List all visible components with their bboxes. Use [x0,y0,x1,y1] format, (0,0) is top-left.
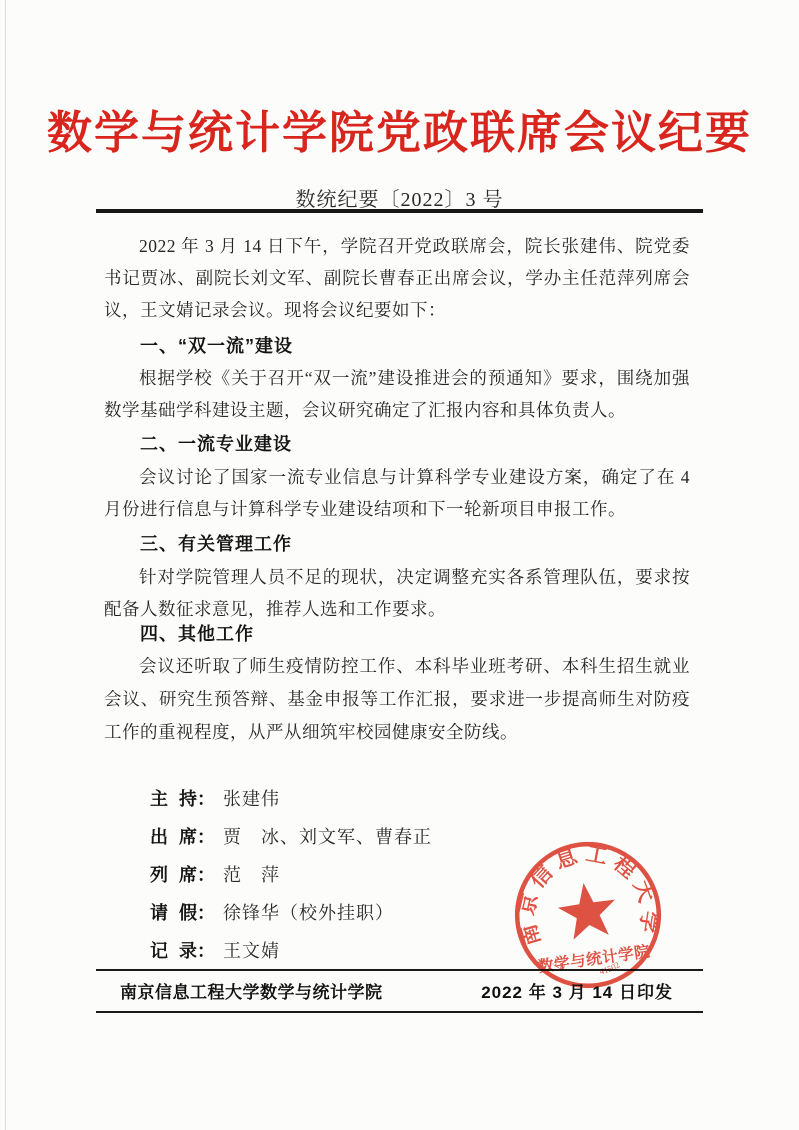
seal-star-icon [555,879,620,941]
attendance-item-recorder: 记 录：王文婧 [150,932,432,970]
section-paragraph-2: 会议讨论了国家一流专业信息与计算科学专业建设方案，确定了在 4 月份进行信息与计… [104,461,690,525]
header-rule [96,209,703,213]
section-heading-4: 四、其他工作 [104,620,726,646]
section-heading-2: 二、一流专业建设 [104,430,726,456]
attendance-item-observer: 列 席：范 萍 [150,856,432,894]
attendance-item-leave: 请 假：徐锋华（校外挂职） [150,894,432,932]
footer-bottom-rule [96,1011,703,1013]
section-text-1: 根据学校《关于召开“双一流”建设推进会的预通知》要求，围绕加强数学基础学科建设主… [104,362,690,426]
intro-paragraph: 2022 年 3 月 14 日下午，学院召开党政联席会，院长张建伟、院党委书记贾… [104,230,690,326]
intro-text: 2022 年 3 月 14 日下午，学院召开党政联席会，院长张建伟、院党委书记贾… [104,230,690,326]
section-paragraph-3: 针对学院管理人员不足的现状，决定调整充实各系管理队伍，要求按配备人数征求意见，推… [104,561,690,625]
attendance-label: 记 录： [150,941,215,961]
attendance-value: 张建伟 [223,789,280,809]
attendance-value: 徐锋华（校外挂职） [223,903,394,923]
section-paragraph-4: 会议还听取了师生疫情防控工作、本科毕业班考研、本科生招生就业会议、研究生预答辩、… [104,650,690,749]
attendance-list: 主 持：张建伟 出 席：贾 冰、刘文军、曹春正 列 席：范 萍 请 假：徐锋华（… [150,780,432,970]
attendance-label: 出 席： [150,827,215,847]
attendance-label: 请 假： [150,903,215,923]
attendance-value: 范 萍 [223,865,280,885]
doc-number: 数统纪要〔2022〕3 号 [0,183,799,212]
attendance-label: 列 席： [150,865,215,885]
section-heading-3: 三、有关管理工作 [104,530,726,556]
attendance-label: 主 持： [150,789,215,809]
official-seal-graphic: 南京信息工程大学 数学与统计学院 320 41502 [487,814,688,1015]
official-seal: 南京信息工程大学 数学与统计学院 320 41502 [487,814,688,1015]
section-heading-1: 一、“双一流”建设 [104,332,726,358]
section-paragraph-1: 根据学校《关于召开“双一流”建设推进会的预通知》要求，围绕加强数学基础学科建设主… [104,362,690,426]
section-text-3: 针对学院管理人员不足的现状，决定调整充实各系管理队伍，要求按配备人数征求意见，推… [104,561,690,625]
attendance-item-host: 主 持：张建伟 [150,780,432,818]
section-text-4: 会议还听取了师生疫情防控工作、本科毕业班考研、本科生招生就业会议、研究生预答辩、… [104,650,690,749]
footer-issuer: 南京信息工程大学数学与统计学院 [120,976,383,1010]
scan-page-edge [5,0,6,1130]
attendance-value: 贾 冰、刘文军、曹春正 [223,827,432,847]
attendance-item-present: 出 席：贾 冰、刘文军、曹春正 [150,818,432,856]
page-title: 数学与统计学院党政联席会议纪要 [0,96,799,161]
attendance-value: 王文婧 [223,941,280,961]
section-text-2: 会议讨论了国家一流专业信息与计算科学专业建设方案，确定了在 4 月份进行信息与计… [104,461,690,525]
